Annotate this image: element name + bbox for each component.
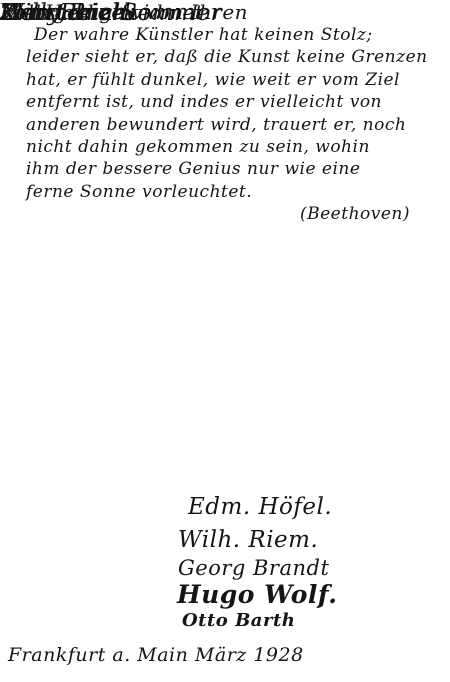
- signature-georg-brandt: Georg Brandt: [178, 556, 329, 580]
- signature-hugo-wolf: Hugo Wolf.: [177, 580, 337, 609]
- signature-wilh-riem: Wilh. Riem.: [178, 527, 318, 553]
- signature-otto-barth: Otto Barth: [182, 610, 295, 631]
- scanned-document-page: Der wahre Künstler hat keinen Stolz; lei…: [0, 0, 450, 682]
- quote-line-5: anderen bewundert wird, trauert er, noch: [26, 114, 442, 136]
- quote-line-4: entfernt ist, und indes er vielleicht vo…: [26, 91, 442, 113]
- place-date-line: Frankfurt a. Main März 1928: [8, 644, 304, 666]
- quote-line-2: leider sieht er, daß die Kunst keine Gre…: [26, 46, 442, 68]
- quote-attribution: (Beethoven): [300, 204, 410, 224]
- quote-line-7: ihm der bessere Genius nur wie eine: [26, 158, 442, 180]
- quote-line-6: nicht dahin gekommen zu sein, wohin: [26, 136, 442, 158]
- quote-line-3: hat, er fühlt dunkel, wie weit er vom Zi…: [26, 69, 442, 91]
- signature-hermann-sommer: Hermann Sommer: [0, 0, 222, 26]
- quote-line-8: ferne Sonne vorleuchtet.: [26, 181, 442, 203]
- quote-line-1: Der wahre Künstler hat keinen Stolz;: [26, 24, 442, 46]
- signature-edm-hoefel: Edm. Höfel.: [188, 494, 332, 520]
- beethoven-quote-block: Der wahre Künstler hat keinen Stolz; lei…: [26, 24, 442, 203]
